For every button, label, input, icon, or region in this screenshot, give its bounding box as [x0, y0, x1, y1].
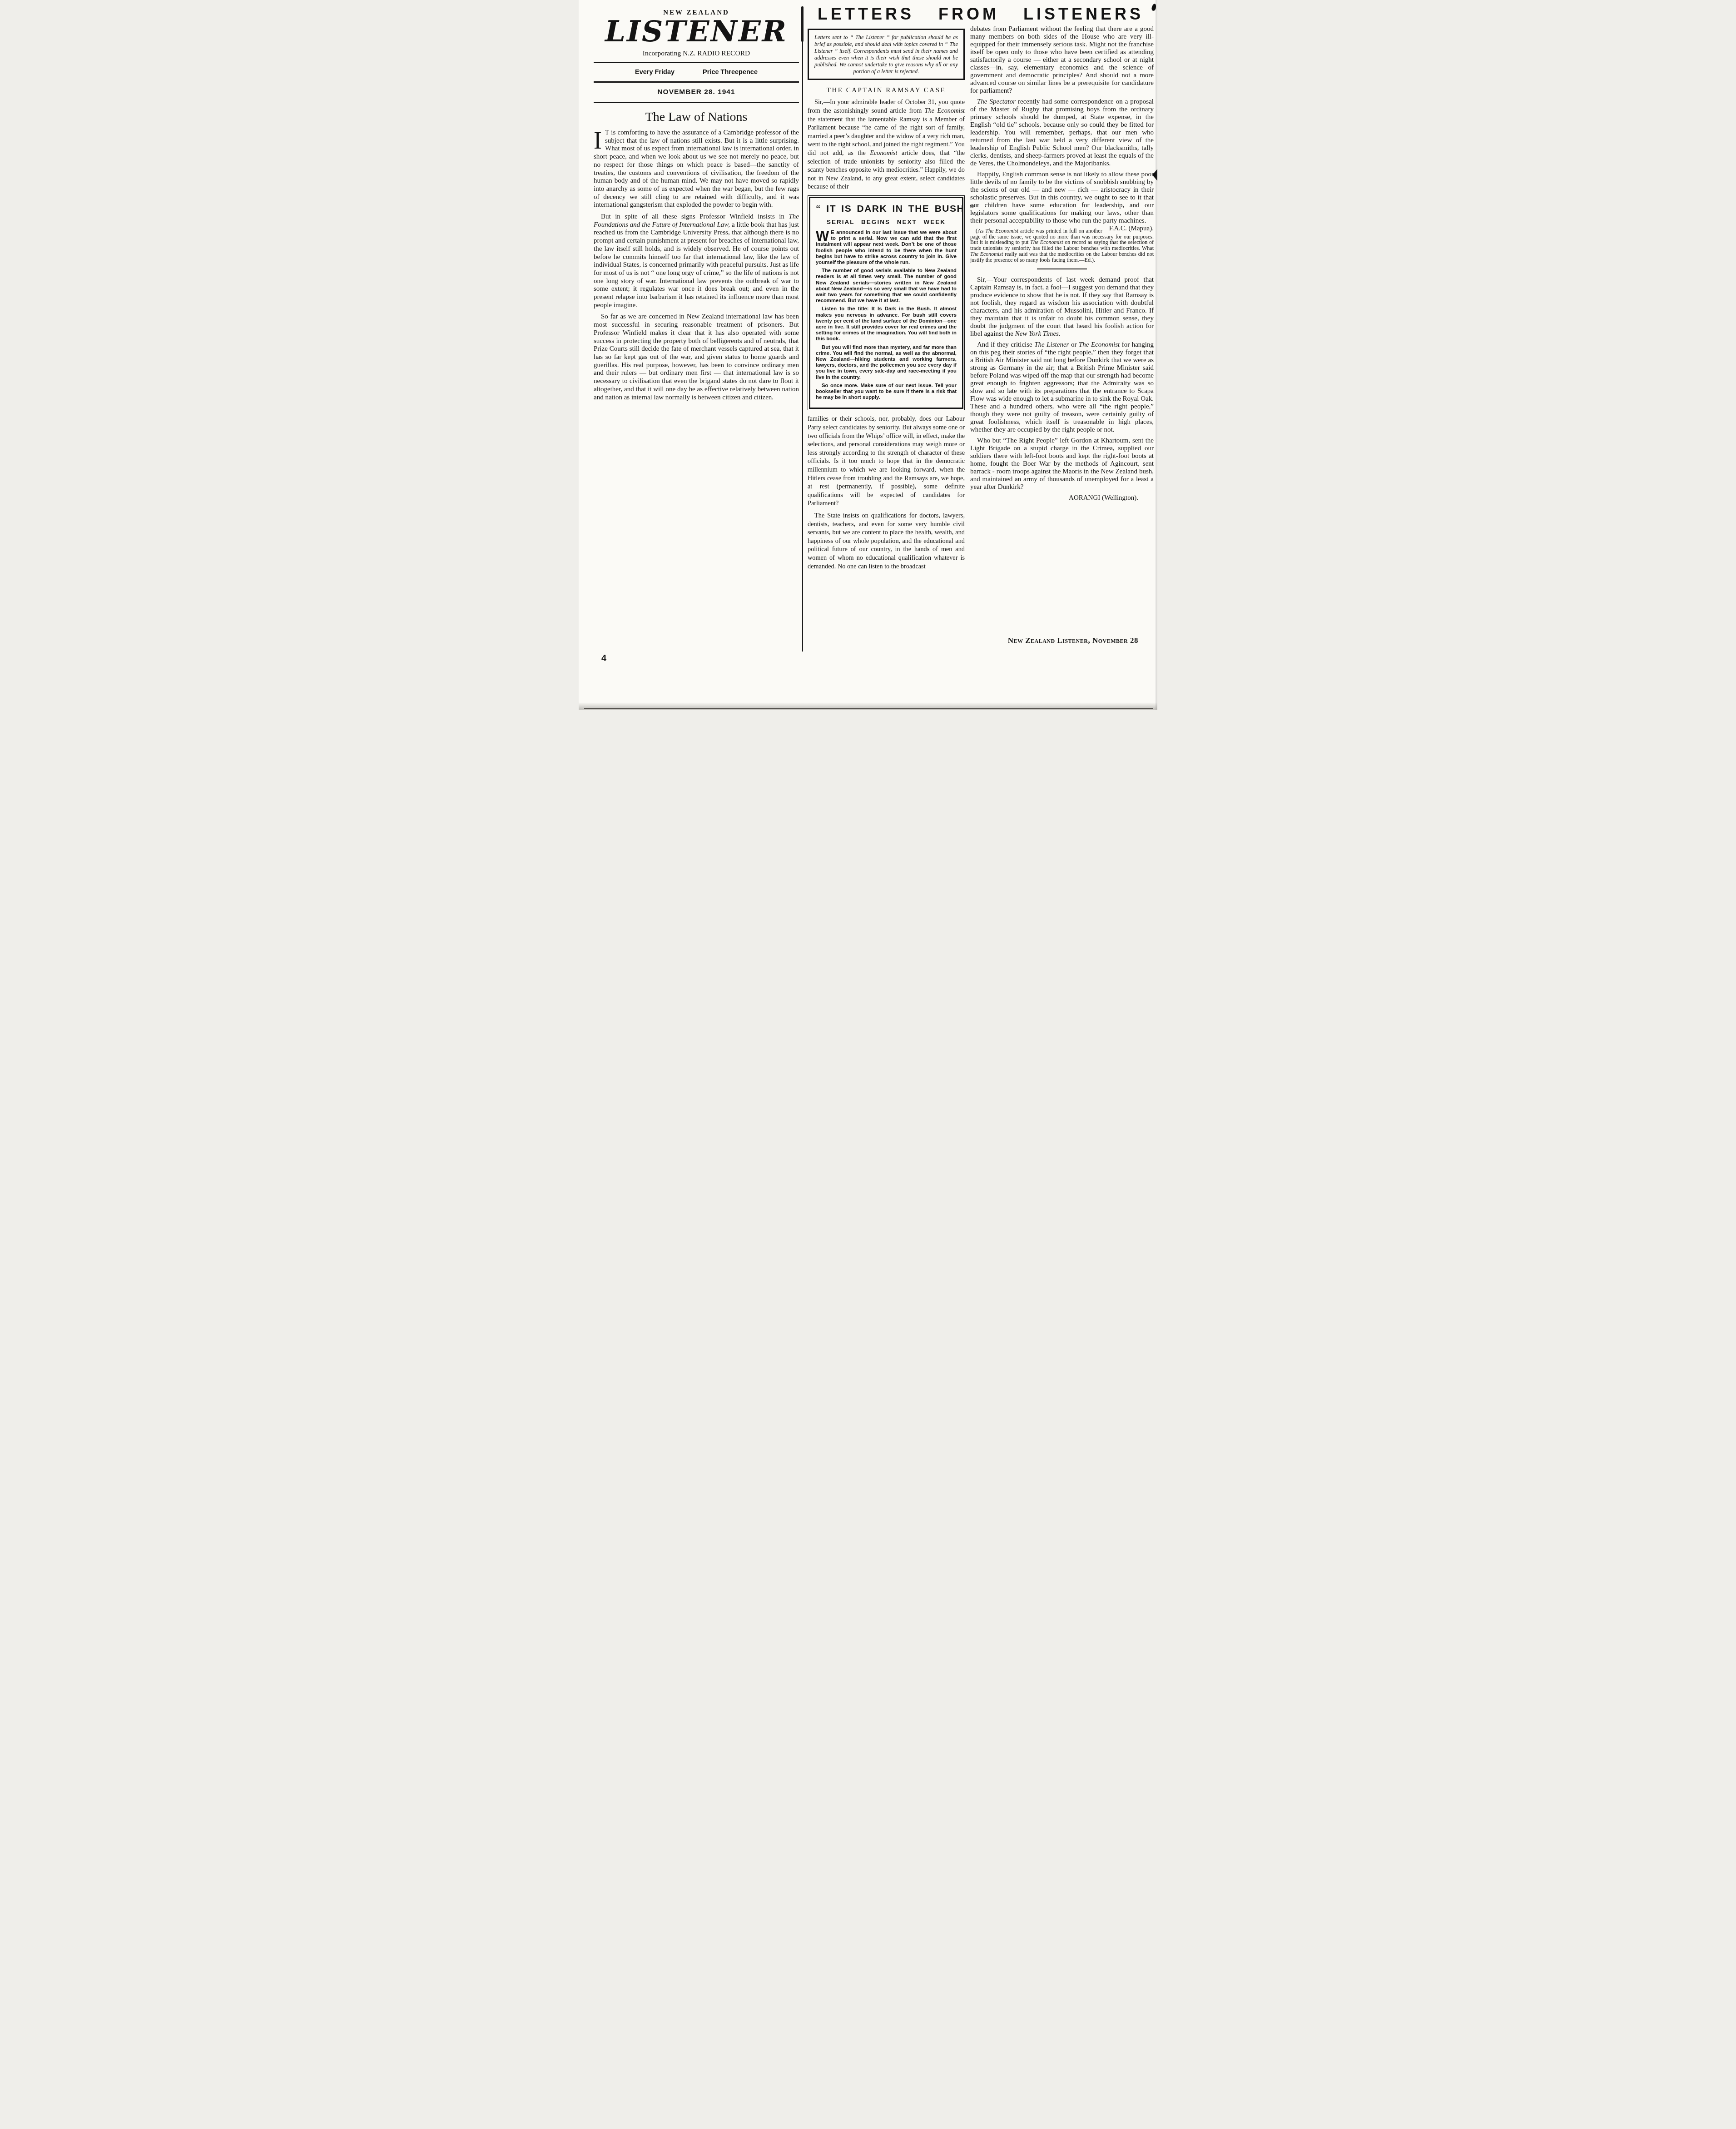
- paragraph: IT is comforting to have the assurance o…: [594, 129, 799, 209]
- text-run: The Spectator: [977, 98, 1016, 105]
- paragraph: families or their schools, nor, probably…: [808, 415, 965, 508]
- footer-issue-line: New Zealand Listener, November 28: [1008, 636, 1138, 645]
- paragraph: WE announced in our last issue that we w…: [816, 230, 957, 266]
- paragraph: Happily, English common sense is not lik…: [970, 171, 1154, 225]
- paragraph: So far as we are concerned in New Zealan…: [594, 313, 799, 402]
- masthead-rule: [594, 81, 799, 83]
- paragraph: Who but “The Right People” left Gordon a…: [970, 437, 1154, 491]
- text-run: And if they criticise: [977, 341, 1034, 348]
- scan-bottom-edge-line: [584, 708, 1153, 709]
- text-run: Letters sent to “ The Listener ” for pub…: [814, 34, 958, 75]
- paragraph: So once more. Make sure of our next issu…: [816, 383, 957, 401]
- serial-promo-box: “ IT IS DARK IN THE BUSH ” SERIAL BEGINS…: [808, 195, 965, 410]
- text-run: debates from Parliament without the feel…: [970, 25, 1154, 95]
- letter1-body-continuation: families or their schools, nor, probably…: [808, 415, 965, 571]
- paragraph: Letters sent to “ The Listener ” for pub…: [814, 34, 958, 75]
- text-run: The number of good serials available to …: [816, 268, 957, 303]
- paragraph: The Spectator recently had some correspo…: [970, 98, 1154, 168]
- paragraph: (As The Economist article was printed in…: [970, 228, 1154, 263]
- page-number: 4: [601, 653, 606, 664]
- masthead-title: LISTENER: [594, 18, 799, 46]
- paragraph: Sir,—In your admirable leader of October…: [808, 98, 965, 191]
- text-run: But in spite of all these signs Professo…: [601, 213, 789, 220]
- issue-info-row: Every Friday Price Threepence: [594, 67, 799, 77]
- serial-promo-subtitle: SERIAL BEGINS NEXT WEEK: [816, 219, 957, 225]
- issue-price: Price Threepence: [703, 69, 758, 76]
- text-run: New York Times.: [1015, 330, 1061, 338]
- text-run: recently had some correspondence on a pr…: [970, 98, 1154, 167]
- middle-column: Letters sent to “ The Listener ” for pub…: [808, 0, 965, 574]
- text-run: The Listener: [1034, 341, 1069, 348]
- issue-frequency: Every Friday: [635, 69, 675, 76]
- text-run: or: [1069, 341, 1078, 348]
- paragraph: The State insists on qualifications for …: [808, 512, 965, 571]
- ink-artifact: [801, 6, 804, 42]
- right-column: debates from Parliament without the feel…: [970, 25, 1154, 505]
- masthead-rule: [594, 62, 799, 63]
- masthead-subtitle: Incorporating N.Z. RADIO RECORD: [594, 50, 799, 58]
- text-run: for hanging on this peg their stories of…: [970, 341, 1154, 433]
- drop-cap: W: [816, 230, 831, 242]
- drop-cap: I: [594, 129, 605, 150]
- newspaper-page: NEW ZEALAND LISTENER Incorporating N.Z. …: [579, 0, 1157, 710]
- text-run: So once more. Make sure of our next issu…: [816, 383, 957, 400]
- editor-note: (As The Economist article was printed in…: [970, 228, 1154, 263]
- text-run: Listen to the title: It Is Dark in the B…: [816, 306, 957, 342]
- paragraph: debates from Parliament without the feel…: [970, 25, 1154, 95]
- left-column: NEW ZEALAND LISTENER Incorporating N.Z. …: [594, 9, 799, 405]
- text-run: AORANGI (Wellington).: [1069, 494, 1138, 502]
- letter-heading: THE CAPTAIN RAMSAY CASE: [808, 87, 965, 95]
- letter2-body: Sir,—Your correspondents of last week de…: [970, 276, 1154, 502]
- text-run: Happily, English common sense is not lik…: [970, 171, 1154, 224]
- paragraph: AORANGI (Wellington).: [970, 494, 1154, 502]
- paragraph: Sir,—Your correspondents of last week de…: [970, 276, 1154, 338]
- text-run: But you will find more than mystery, and…: [816, 345, 957, 380]
- text-run: T is comforting to have the assurance of…: [594, 129, 799, 209]
- letter-signature: F.A.C. (Mapua).: [1102, 225, 1154, 233]
- text-run: families or their schools, nor, probably…: [808, 415, 965, 507]
- text-run: E announced in our last issue that we we…: [816, 230, 957, 265]
- letter-separator-rule: [1037, 269, 1087, 269]
- text-run: Economist: [870, 149, 897, 157]
- text-run: The State insists on qualifications for …: [808, 512, 965, 570]
- letters-policy-box: Letters sent to “ The Listener ” for pub…: [808, 29, 965, 80]
- serial-promo-title: “ IT IS DARK IN THE BUSH ”: [816, 204, 957, 214]
- column-divider-rule: [802, 6, 803, 652]
- paragraph: But in spite of all these signs Professo…: [594, 213, 799, 309]
- letter1-body-rest: debates from Parliament without the feel…: [970, 25, 1154, 225]
- text-run: The Economist: [925, 107, 965, 114]
- serial-promo-inner: “ IT IS DARK IN THE BUSH ” SERIAL BEGINS…: [809, 197, 963, 409]
- paragraph: Listen to the title: It Is Dark in the B…: [816, 306, 957, 342]
- text-run: So far as we are concerned in New Zealan…: [594, 313, 799, 401]
- text-run: Who but “The Right People” left Gordon a…: [970, 437, 1154, 491]
- text-run: a little book that has just reached us f…: [594, 221, 799, 309]
- paragraph: The number of good serials available to …: [816, 268, 957, 304]
- letter1-body-top: Sir,—In your admirable leader of October…: [808, 98, 965, 191]
- editorial-title: The Law of Nations: [594, 110, 799, 124]
- scan-edge-shade: [1156, 0, 1157, 710]
- masthead-rule: [594, 102, 799, 103]
- editorial-body: IT is comforting to have the assurance o…: [594, 129, 799, 402]
- paragraph: And if they criticise The Listener or Th…: [970, 341, 1154, 434]
- text-run: The Economist: [1079, 341, 1120, 348]
- issue-date: NOVEMBER 28. 1941: [594, 87, 799, 98]
- text-run: Sir,—Your correspondents of last week de…: [970, 276, 1154, 338]
- serial-promo-body: WE announced in our last issue that we w…: [816, 230, 957, 401]
- paragraph: But you will find more than mystery, and…: [816, 345, 957, 381]
